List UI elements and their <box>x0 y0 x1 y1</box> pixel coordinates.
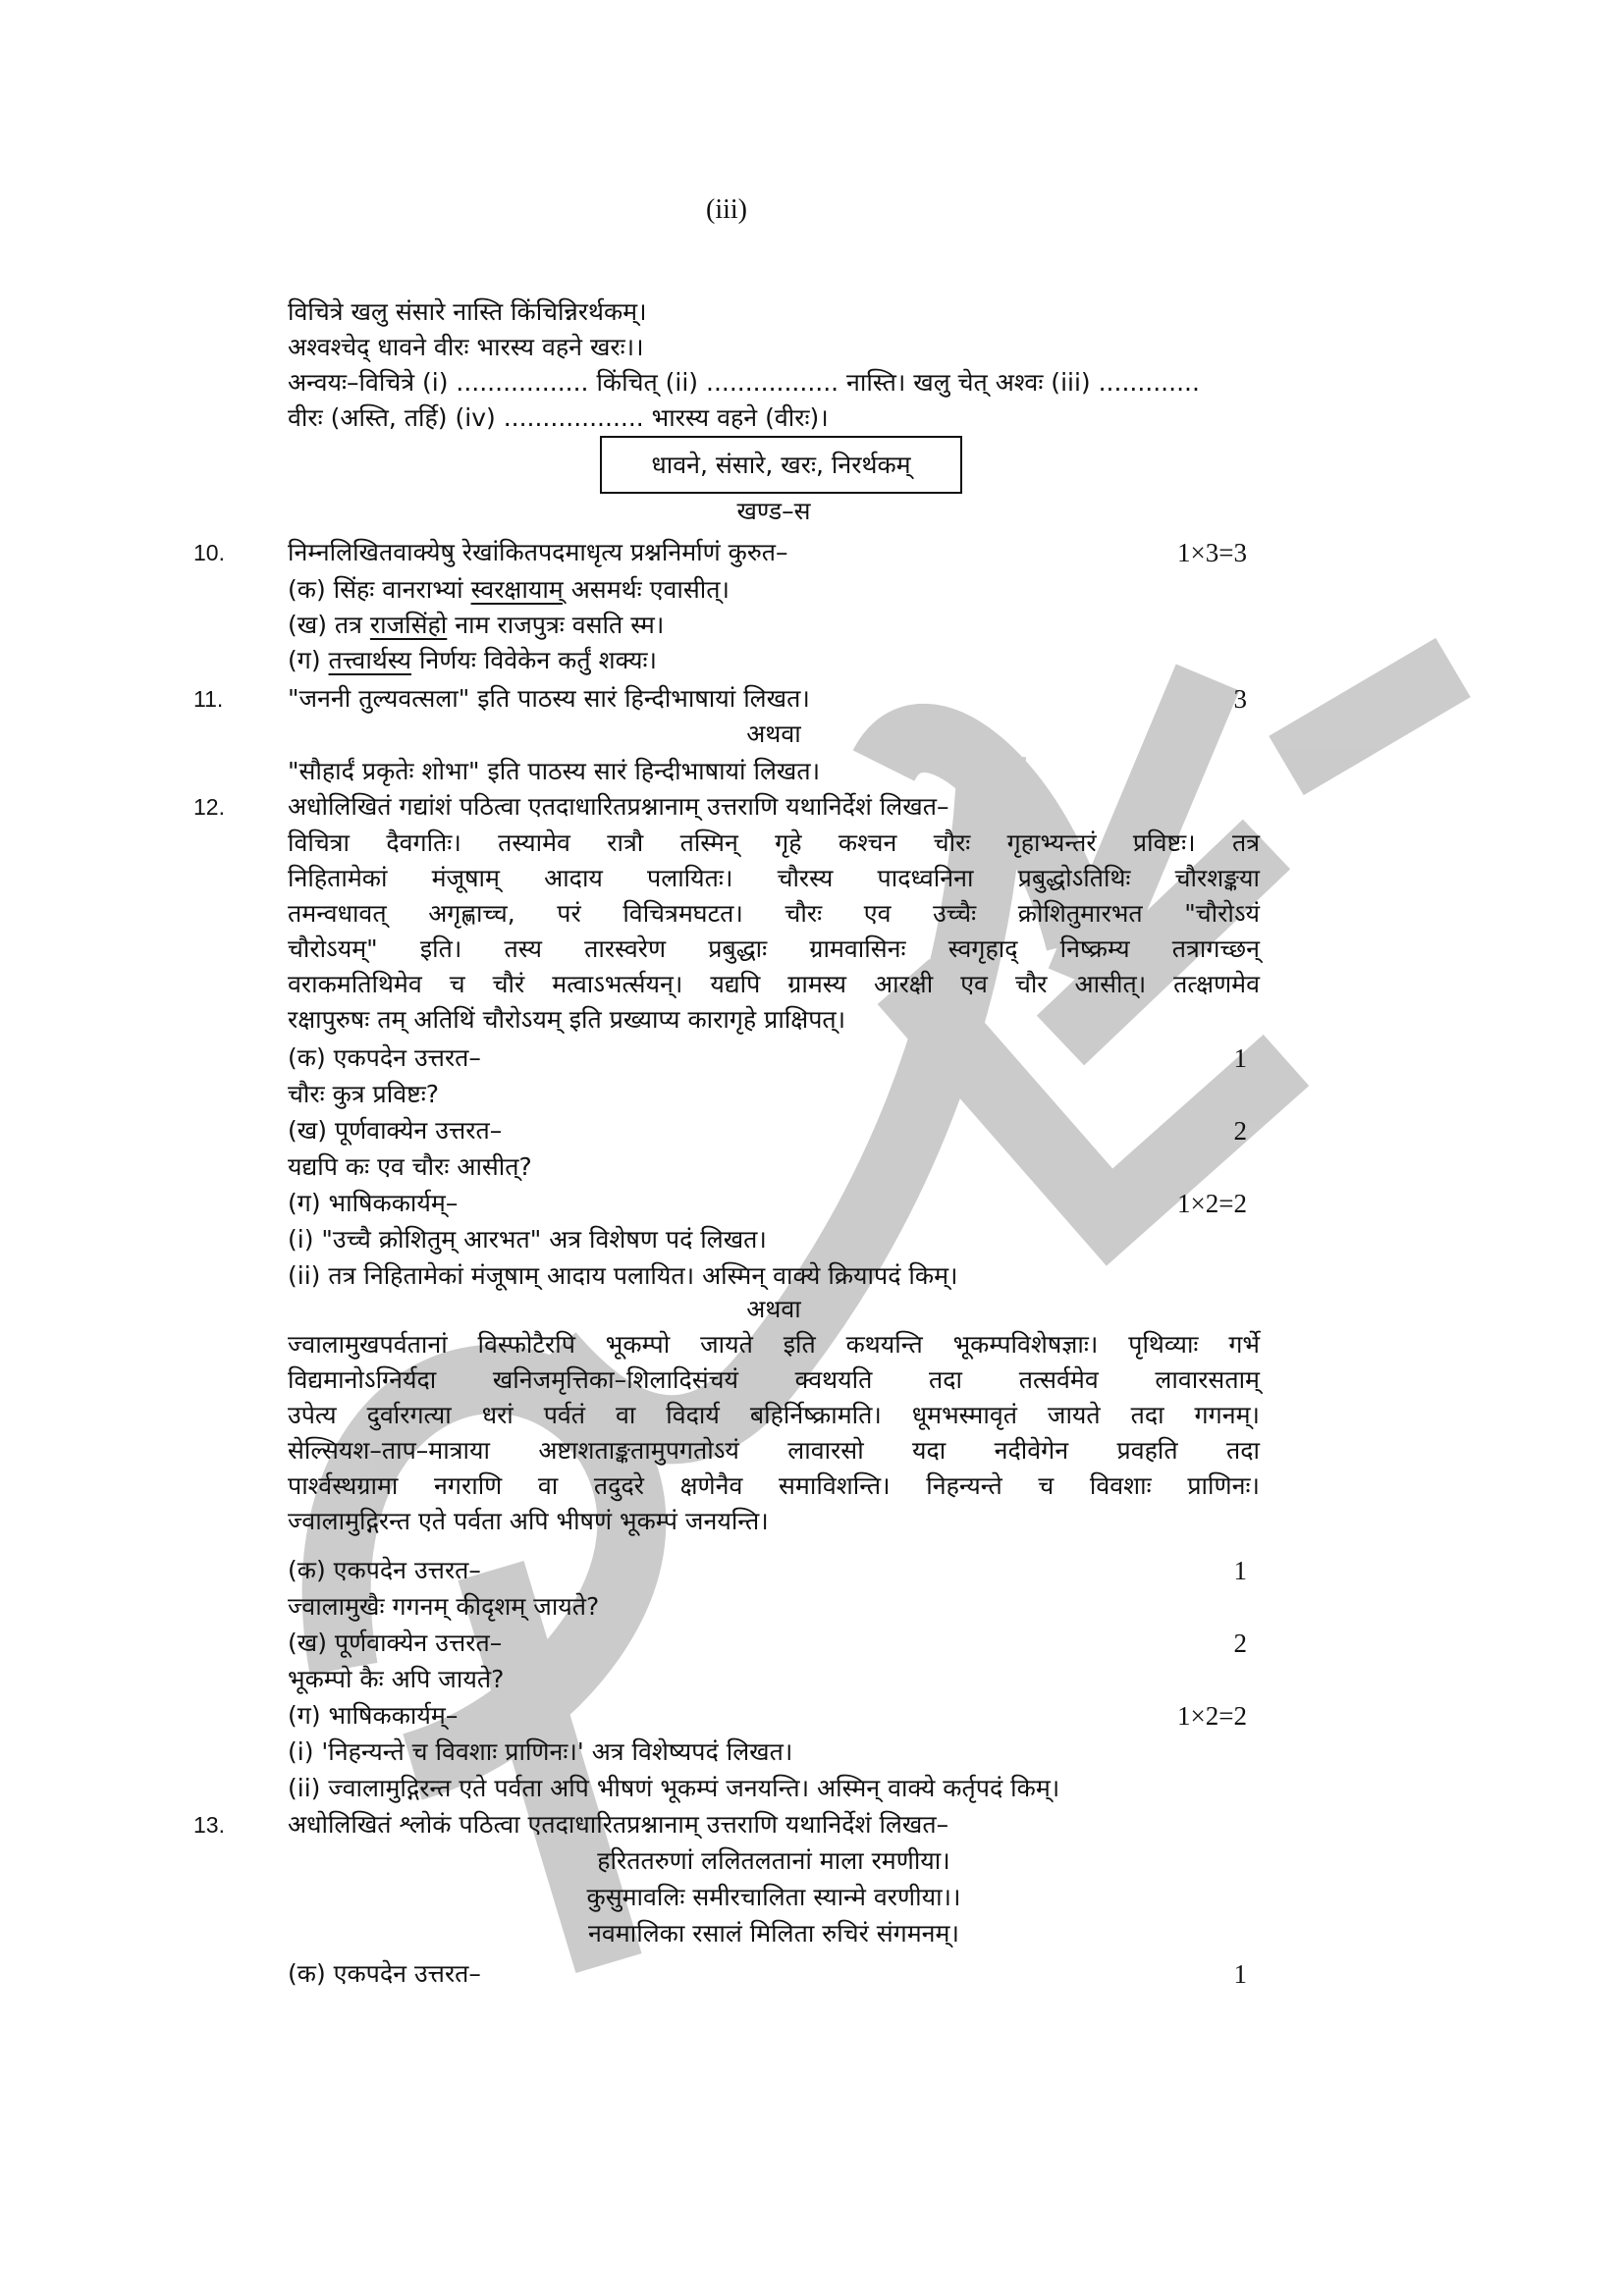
verse-line: विचित्रे खलु संसारे नास्ति किंचिन्निरर्थ… <box>288 294 1260 330</box>
sub-question: चौरः कुत्र प्रविष्टः? <box>288 1077 1260 1112</box>
question-prompt: अधोलिखितं श्लोकं पठित्वा एतदाधारितप्रश्न… <box>288 1807 1260 1842</box>
question-number: 11. <box>193 681 223 717</box>
verse-line: नवमालिका रसालं मिलिता रुचिरं संगमनम्। <box>288 1916 1260 1951</box>
verse-line: कुसुमावलिः समीरचालिता स्यान्मे वरणीया।। <box>288 1880 1260 1915</box>
anvaya-line: वीरः (अस्ति, तर्हि) (iv) ...............… <box>288 400 1260 436</box>
sub-question: (i) "उच्चै क्रोशितुम् आरभत" अत्र विशेषण … <box>288 1222 1260 1257</box>
section-heading: खण्ड–स <box>288 494 1260 529</box>
underlined-word: राजसिंहो <box>370 611 447 639</box>
passage-line: रक्षापुरुषः तम् अतिथिं चौरोऽयम् इति प्रख… <box>288 1002 1260 1038</box>
or-label: अथवा <box>288 1292 1260 1327</box>
sub-question-label: (ख) पूर्णवाक्येन उत्तरत– <box>288 1626 1260 1661</box>
passage-line: सेल्सियश–ताप–मात्राया अष्टाशताङ्कतामुपगत… <box>288 1433 1260 1468</box>
sub-question-label: (क) एकपदेन उत्तरत– <box>288 1956 1260 1992</box>
marks: 1 <box>1234 1041 1248 1076</box>
passage-line: पार्श्वस्थग्रामा नगराणि वा तदुदरे क्षणेन… <box>288 1468 1260 1504</box>
sub-question: (i) 'निहन्यन्ते च विवशाः प्राणिनः।' अत्र… <box>288 1735 1260 1770</box>
sub-question-label: (ग) भाषिककार्यम्– <box>288 1698 1260 1734</box>
list-item: (ख) तत्र राजसिंहो नाम राजपुत्रः वसति स्म… <box>288 608 1260 643</box>
marks: 1 <box>1234 1956 1248 1992</box>
underlined-word: तत्त्वार्थस्य <box>329 646 411 674</box>
passage-line: निहितामेकां मंजूषाम् आदाय पलायितः। चौरस्… <box>288 861 1260 896</box>
sub-question: यद्यपि कः एव चौरः आसीत्? <box>288 1149 1260 1185</box>
sub-question-label: (क) एकपदेन उत्तरत– <box>288 1553 1260 1588</box>
marks: 1×2=2 <box>1177 1186 1247 1221</box>
sub-question: (ii) ज्वालामुद्गिरन्त एते पर्वता अपि भीष… <box>288 1771 1260 1806</box>
marks: 3 <box>1234 681 1248 717</box>
underlined-word: स्वरक्षायाम् <box>471 575 564 604</box>
marks: 1×2=2 <box>1177 1698 1247 1734</box>
page-number: (iii) <box>0 194 1453 226</box>
passage-line: विचित्रा दैवगतिः। तस्यामेव रात्रौ तस्मिन… <box>288 826 1260 861</box>
passage-line: उपेत्य दुर्वारगत्या धरां पर्वतं वा विदार… <box>288 1398 1260 1433</box>
verse-line: अश्वश्चेद् धावने वीरः भारस्य वहने खरः।। <box>288 330 1260 365</box>
sub-question-label: (ग) भाषिककार्यम्– <box>288 1186 1260 1221</box>
question-prompt: अधोलिखितं गद्यांशं पठित्वा एतदाधारितप्रश… <box>288 789 1260 825</box>
passage-line: ज्वालामुखपर्वतानां विस्फोटैरपि भूकम्पो ज… <box>288 1327 1260 1362</box>
marks: 2 <box>1234 1626 1248 1661</box>
sub-question-label: (क) एकपदेन उत्तरत– <box>288 1041 1260 1076</box>
question-number: 13. <box>193 1807 225 1842</box>
verse-line: हरिततरुणां ललितलतानां माला रमणीया। <box>288 1843 1260 1879</box>
alt-prompt: "सौहार्दं प्रकृतेः शोभा" इति पाठस्य सारं… <box>288 754 1260 789</box>
passage-line: चौरोऽयम्" इति। तस्य तारस्वरेण प्रबुद्धाः… <box>288 932 1260 967</box>
question-prompt: निम्नलिखितवाक्येषु रेखांकितपदमाधृत्य प्र… <box>288 535 1260 570</box>
passage-line: विद्यमानोऽग्निर्यदा खनिजमृत्तिका–शिलादिस… <box>288 1362 1260 1398</box>
passage-line: तमन्वधावत् अगृह्णाच्च, परं विचित्रमघटत। … <box>288 896 1260 932</box>
sub-question-label: (ख) पूर्णवाक्येन उत्तरत– <box>288 1113 1260 1148</box>
marks: 1×3=3 <box>1177 535 1247 570</box>
question-number: 10. <box>193 535 225 570</box>
marks: 2 <box>1234 1113 1248 1148</box>
question-prompt: "जननी तुल्यवत्सला" इति पाठस्य सारं हिन्द… <box>288 681 1260 717</box>
sub-question: भूकम्पो कैः अपि जायते? <box>288 1662 1260 1697</box>
word-box: धावने, संसारे, खरः, निरर्थकम् <box>600 436 962 494</box>
passage-line: ज्वालामुद्गिरन्त एते पर्वता अपि भीषणं भू… <box>288 1504 1260 1539</box>
or-label: अथवा <box>288 717 1260 752</box>
list-item: (ग) तत्त्वार्थस्य निर्णयः विवेकेन कर्तुं… <box>288 643 1260 678</box>
sub-question: ज्वालामुखैः गगनम् कीदृशम् जायते? <box>288 1589 1260 1625</box>
marks: 1 <box>1234 1553 1248 1588</box>
sub-question: (ii) तत्र निहितामेकां मंजूषाम् आदाय पलाय… <box>288 1258 1260 1294</box>
passage-line: वराकमतिथिमेव च चौरं मत्वाऽभर्त्सयन्। यद्… <box>288 967 1260 1002</box>
list-item: (क) सिंहः वानराभ्यां स्वरक्षायाम् असमर्थ… <box>288 572 1260 608</box>
question-number: 12. <box>193 789 225 825</box>
anvaya-line: अन्वयः–विचित्रे (i) ................. कि… <box>288 365 1265 400</box>
